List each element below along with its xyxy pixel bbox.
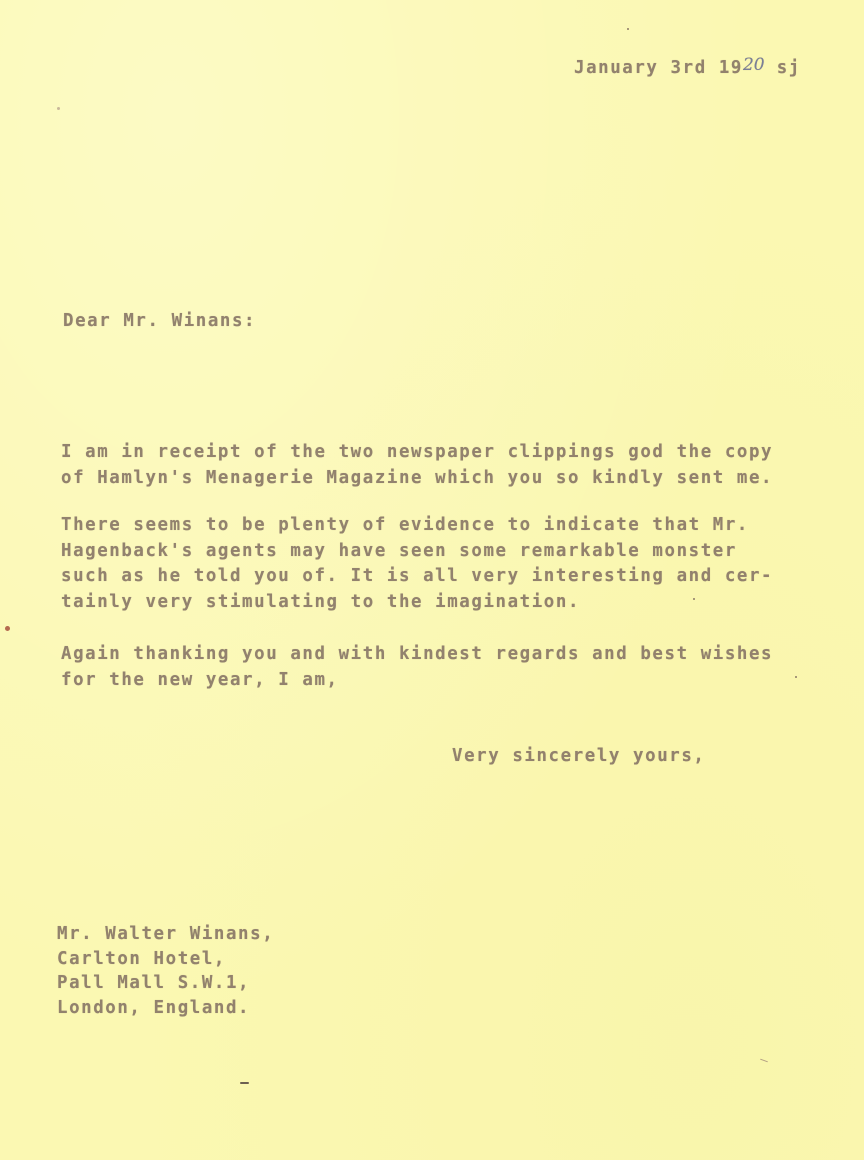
paragraph-line: for the new year, I am, (61, 668, 773, 694)
paragraph-line: of Hamlyn's Menagerie Magazine which you… (61, 466, 773, 492)
address-line: Pall Mall S.W.1, (57, 971, 274, 996)
address-line: London, England. (57, 996, 274, 1021)
date-handwritten-year: 20 (743, 55, 765, 75)
address-line: Mr. Walter Winans, (57, 922, 274, 947)
paper-mark (760, 1059, 768, 1063)
typist-initials: sj (777, 58, 801, 78)
letter-page: January 3rd 1920 sj Dear Mr. Winans: I a… (0, 0, 864, 1160)
paragraph-line: tainly very stimulating to the imaginati… (61, 590, 773, 616)
paper-speck (795, 676, 797, 678)
paper-mark (240, 1082, 249, 1084)
recipient-address: Mr. Walter Winans, Carlton Hotel, Pall M… (57, 922, 274, 1020)
body-paragraph-1: I am in receipt of the two newspaper cli… (61, 440, 773, 491)
date-typed-prefix: January 3rd 19 (574, 58, 743, 78)
paper-speck (693, 598, 695, 600)
complimentary-closing: Very sincerely yours, (452, 744, 705, 770)
body-paragraph-2: There seems to be plenty of evidence to … (61, 513, 773, 615)
body-paragraph-3: Again thanking you and with kindest rega… (61, 642, 773, 693)
address-line: Carlton Hotel, (57, 947, 274, 972)
paragraph-line: I am in receipt of the two newspaper cli… (61, 440, 773, 466)
paper-stain (5, 626, 10, 631)
paragraph-line: There seems to be plenty of evidence to … (61, 513, 773, 539)
letter-date: January 3rd 1920 sj (574, 56, 801, 82)
paragraph-line: Again thanking you and with kindest rega… (61, 642, 773, 668)
paragraph-line: such as he told you of. It is all very i… (61, 564, 773, 590)
paragraph-line: Hagenback's agents may have seen some re… (61, 539, 773, 565)
paper-speck (627, 28, 629, 30)
salutation: Dear Mr. Winans: (63, 309, 256, 335)
paper-speck (57, 107, 60, 110)
